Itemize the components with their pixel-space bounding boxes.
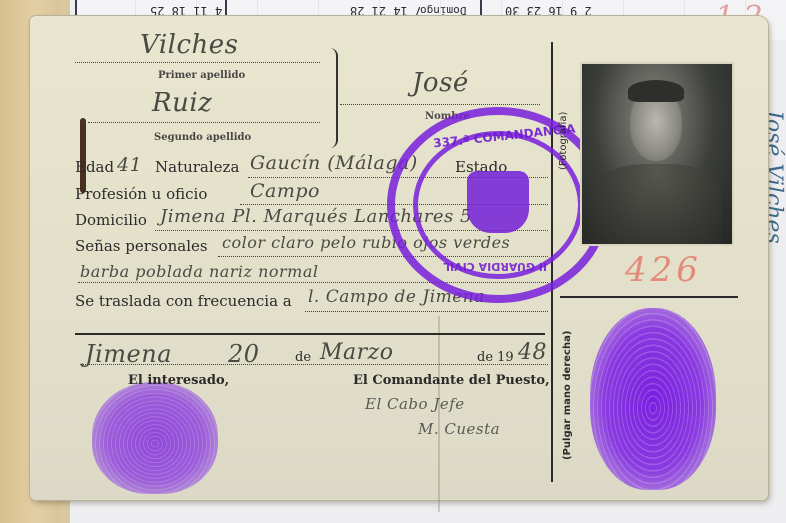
date-de-2: de 19 [477, 350, 514, 365]
card-fold [438, 316, 440, 512]
senas-label: Señas personales [75, 237, 208, 255]
portrait-photo [582, 64, 732, 244]
segundo-apellido-line [88, 122, 320, 123]
date-year: 48 [518, 340, 547, 365]
primer-apellido-label: Primer apellido [158, 70, 245, 81]
photo-body [592, 164, 722, 244]
segundo-apellido-label: Segundo apellido [154, 132, 251, 143]
photo-hair [628, 80, 684, 102]
nombre-value: José [412, 68, 469, 98]
guardia-civil-stamp: 337.ª COMANDANCIA II GUARDIA CIVIL [387, 107, 609, 303]
nombre-line [340, 104, 540, 105]
staple [80, 118, 86, 193]
profesion-value: Campo [250, 180, 320, 202]
comandante-signature: M. Cuesta [418, 420, 500, 438]
stamp-bottom-text: II GUARDIA CIVIL [443, 260, 547, 273]
interesado-label: El interesado, [128, 373, 229, 388]
crest-icon [467, 171, 529, 233]
right-thumbprint [590, 308, 716, 490]
left-fingerprint [92, 382, 218, 494]
date-month: Marzo [320, 340, 394, 365]
photo-divider [560, 296, 738, 298]
comandante-label: El Comandante del Puesto, [353, 373, 550, 388]
primer-apellido-value: Vilches [140, 30, 239, 60]
edad-label: Edad [75, 158, 114, 176]
naturaleza-value: Gaucín (Málaga) [250, 152, 418, 174]
edad-value: 41 [117, 154, 142, 176]
name-bracket [330, 48, 338, 148]
photo-number: 426 [625, 250, 702, 290]
date-de-1: de [295, 350, 311, 365]
photo-side-label: (Fotografía) [558, 112, 569, 170]
senas-value-line2: barba poblada nariz normal [80, 262, 318, 281]
naturaleza-label: Naturaleza [155, 158, 239, 176]
domicilio-label: Domicilio [75, 211, 147, 229]
comandante-signature-title: El Cabo Jefe [365, 395, 465, 413]
date-line [80, 364, 548, 365]
segundo-apellido-value: Ruiz [152, 88, 212, 118]
traslada-line [305, 311, 548, 312]
profesion-label: Profesión u oficio [75, 185, 207, 203]
traslada-label: Se traslada con frecuencia a [75, 292, 292, 310]
primer-apellido-line [75, 62, 320, 63]
thumb-label: (Pulgar mano derecha) [562, 331, 573, 460]
section-divider [75, 333, 545, 335]
